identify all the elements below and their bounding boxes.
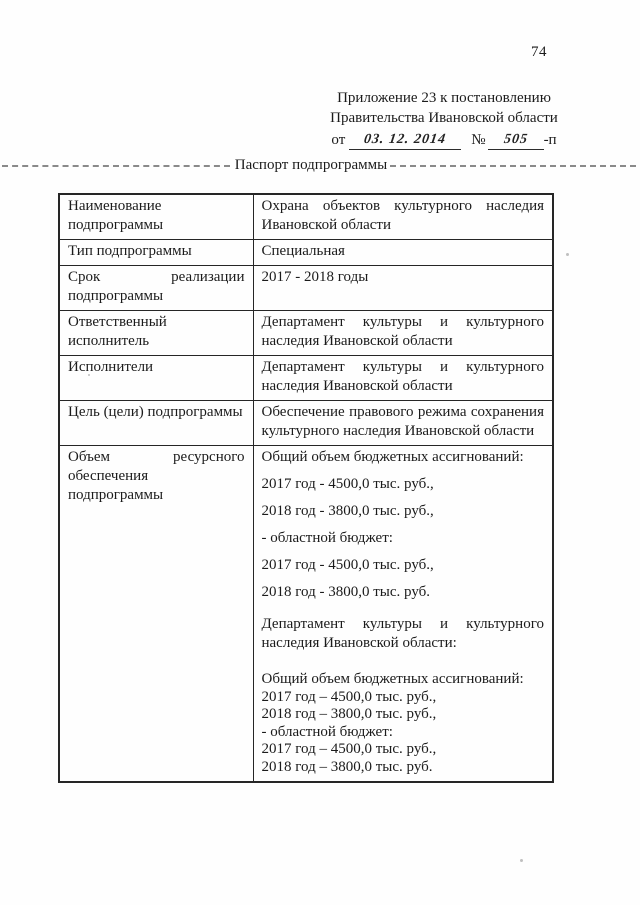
row-label: Исполнители: [59, 356, 253, 401]
title-separator: Паспорт подпрограммы: [0, 154, 640, 176]
budget-line: 2018 год - 3800,0 тыс. руб.: [262, 583, 545, 602]
table-row-executors: Исполнители Департамент культуры и культ…: [59, 356, 553, 401]
budget-line: 2017 год - 4500,0 тыс. руб.,: [262, 556, 545, 575]
annex-line-1: Приложение 23 к постановлению: [316, 88, 572, 108]
annex-header: Приложение 23 к постановлению Правительс…: [316, 88, 572, 150]
table-row-budget: Объем ресурсного обеспечения подпрограмм…: [59, 446, 553, 782]
budget-line: 2017 год – 4500,0 тыс. руб.,: [262, 741, 545, 759]
handwritten-date: 03. 12. 2014: [363, 131, 447, 148]
row-value-budget: Общий объем бюджетных ассигнований: 2017…: [253, 446, 553, 782]
passport-table: Наименование подпрограммы Охрана объекто…: [58, 193, 554, 783]
page-number: 74: [531, 44, 547, 61]
budget-line: Общий объем бюджетных ассигнований:: [262, 671, 545, 689]
table-row-responsible: Ответственный исполнитель Департамент ку…: [59, 311, 553, 356]
row-label: Цель (цели) подпрограммы: [59, 401, 253, 446]
row-label: Тип подпрограммы: [59, 240, 253, 266]
section-title: Паспорт подпрограммы: [234, 154, 388, 176]
scan-speck: [88, 374, 90, 376]
table-row-term: Срок реализации подпрограммы 2017 - 2018…: [59, 266, 553, 311]
table-row-goal: Цель (цели) подпрограммы Обеспечение пра…: [59, 401, 553, 446]
annex-reference-line: от03. 12. 2014№505-п: [316, 130, 572, 150]
budget-department-breakdown: Общий объем бюджетных ассигнований: 2017…: [262, 671, 545, 777]
scan-speck: [520, 859, 523, 862]
number-underline-field: 505: [488, 131, 544, 150]
row-label: Срок реализации подпрограммы: [59, 266, 253, 311]
row-value: Охрана объектов культурного наследия Ива…: [253, 194, 553, 240]
row-label: Наименование подпрограммы: [59, 194, 253, 240]
number-suffix: -п: [544, 132, 557, 148]
budget-line: 2018 год - 3800,0 тыс. руб.,: [262, 502, 545, 521]
table-row-type: Тип подпрограммы Специальная: [59, 240, 553, 266]
row-value: Департамент культуры и культурного насле…: [253, 356, 553, 401]
handwritten-number: 505: [502, 131, 528, 148]
scan-speck: [566, 253, 569, 256]
budget-line: Общий объем бюджетных ассигнований:: [262, 448, 545, 467]
budget-line: - областной бюджет:: [262, 529, 545, 548]
budget-department-line: Департамент культуры и культурного насле…: [262, 615, 545, 653]
row-label: Ответственный исполнитель: [59, 311, 253, 356]
row-value: Обеспечение правового режима сохранения …: [253, 401, 553, 446]
budget-line: 2018 год – 3800,0 тыс. руб.: [262, 759, 545, 777]
row-value: 2017 - 2018 годы: [253, 266, 553, 311]
table-row-name: Наименование подпрограммы Охрана объекто…: [59, 194, 553, 240]
row-value: Специальная: [253, 240, 553, 266]
number-sign: №: [471, 132, 485, 148]
document-page: 74 Приложение 23 к постановлению Правите…: [0, 0, 640, 905]
annex-line-2: Правительства Ивановской области: [316, 108, 572, 128]
budget-line: 2018 год – 3800,0 тыс. руб.,: [262, 706, 545, 724]
dashed-line-left: [2, 165, 230, 167]
budget-line: - областной бюджет:: [262, 724, 545, 742]
row-value: Департамент культуры и культурного насле…: [253, 311, 553, 356]
budget-line: 2017 год - 4500,0 тыс. руб.,: [262, 475, 545, 494]
dashed-line-right: [390, 165, 636, 167]
budget-line: 2017 год – 4500,0 тыс. руб.,: [262, 689, 545, 707]
date-underline-field: 03. 12. 2014: [349, 131, 461, 150]
from-label: от: [331, 132, 345, 148]
row-label: Объем ресурсного обеспечения подпрограмм…: [59, 446, 253, 782]
